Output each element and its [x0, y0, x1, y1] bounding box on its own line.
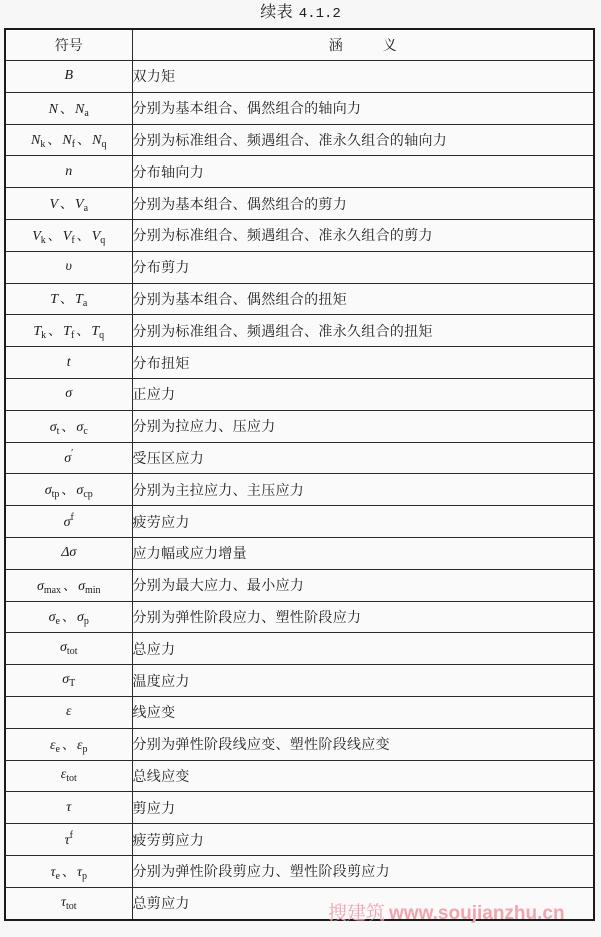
symbol-base: n — [65, 164, 72, 179]
symbol-base: σ — [78, 579, 85, 594]
symbol-subscript: f — [71, 235, 74, 246]
symbol-base: ε — [66, 704, 72, 719]
symbol-base: υ — [66, 259, 72, 274]
meaning-cell: 分别为标准组合、频遇组合、准永久组合的剪力 — [132, 219, 594, 251]
table-row: σtp、σcp分别为主拉应力、主压应力 — [5, 474, 594, 506]
symbol-subscript: max — [44, 585, 61, 596]
symbol-cell: N、Na — [5, 92, 132, 124]
symbol-subscript: e — [56, 616, 60, 627]
symbol-cell: σ — [5, 378, 132, 410]
meaning-cell: 分别为标准组合、频遇组合、准永久组合的轴向力 — [132, 124, 594, 156]
symbol-base: B — [64, 68, 73, 83]
table-row: εe、εp分别为弹性阶段线应变、塑性阶段线应变 — [5, 728, 594, 760]
table-row: Tk、Tf、Tq分别为标准组合、频遇组合、准永久组合的扭矩 — [5, 315, 594, 347]
symbol-cell: τ — [5, 792, 132, 824]
symbol-cell: B — [5, 61, 132, 93]
symbol-cell: T、Ta — [5, 283, 132, 315]
symbol-cell: n — [5, 156, 132, 188]
table-caption: 续表 4.1.2 — [0, 1, 601, 25]
symbol-cell: εe、εp — [5, 728, 132, 760]
meaning-cell: 应力幅或应力增量 — [132, 537, 594, 569]
header-meaning: 涵义 — [132, 29, 594, 61]
symbol-base: σ — [45, 483, 52, 498]
symbol-base: σ — [77, 610, 84, 625]
table-row: εtot总线应变 — [5, 760, 594, 792]
symbol-subscript: c — [83, 426, 87, 437]
symbol-subscript: k — [41, 235, 46, 246]
symbol-subscript: k — [40, 139, 45, 150]
meaning-cell: 疲劳剪应力 — [132, 824, 594, 856]
table-row: σ正应力 — [5, 378, 594, 410]
symbol-superscript: f — [71, 512, 74, 523]
table-row: Vk、Vf、Vq分别为标准组合、频遇组合、准永久组合的剪力 — [5, 219, 594, 251]
symbol-subscript: cp — [83, 489, 92, 500]
symbol-base: σ — [37, 579, 44, 594]
symbol-cell: σtot — [5, 633, 132, 665]
symbol-subscript: f — [71, 330, 74, 341]
table-row: t分布扭矩 — [5, 347, 594, 379]
symbol-cell: Nk、Nf、Nq — [5, 124, 132, 156]
table-header-row: 符号 涵义 — [5, 29, 594, 61]
symbol-separator: 、 — [48, 323, 61, 338]
symbol-separator: 、 — [76, 323, 89, 338]
table-row: Δσ应力幅或应力增量 — [5, 537, 594, 569]
meaning-cell: 线应变 — [132, 696, 594, 728]
symbol-separator: 、 — [77, 228, 90, 243]
meaning-cell: 温度应力 — [132, 665, 594, 697]
symbol-cell: σ′ — [5, 442, 132, 474]
meaning-cell: 分别为标准组合、频遇组合、准永久组合的扭矩 — [132, 315, 594, 347]
meaning-cell: 分别为拉应力、压应力 — [132, 410, 594, 442]
table-body: B双力矩N、Na分别为基本组合、偶然组合的轴向力Nk、Nf、Nq分别为标准组合、… — [5, 61, 594, 920]
symbol-base: σ — [50, 420, 57, 435]
symbol-separator: 、 — [47, 132, 60, 147]
symbol-separator: 、 — [77, 132, 90, 147]
symbol-separator: 、 — [62, 737, 75, 752]
symbol-subscript: a — [83, 298, 87, 309]
table-row: σf疲劳应力 — [5, 506, 594, 538]
symbol-cell: t — [5, 347, 132, 379]
meaning-cell: 分别为最大应力、最小应力 — [132, 569, 594, 601]
symbol-cell: σT — [5, 665, 132, 697]
symbol-base: T — [75, 292, 83, 307]
meaning-cell: 双力矩 — [132, 61, 594, 93]
symbol-separator: 、 — [48, 228, 61, 243]
symbol-subscript: q — [101, 139, 106, 150]
symbol-base: T — [33, 324, 41, 339]
symbol-subscript: k — [41, 330, 46, 341]
symbol-subscript: e — [56, 744, 60, 755]
meaning-cell: 分布轴向力 — [132, 156, 594, 188]
symbol-cell: Tk、Tf、Tq — [5, 315, 132, 347]
symbol-subscript: a — [84, 203, 88, 214]
symbol-subscript: T — [69, 678, 75, 689]
table-row: N、Na分别为基本组合、偶然组合的轴向力 — [5, 92, 594, 124]
meaning-cell: 总线应变 — [132, 760, 594, 792]
symbol-subscript: q — [100, 235, 105, 246]
table-row: σt、σc分别为拉应力、压应力 — [5, 410, 594, 442]
symbol-base: Δσ — [61, 545, 76, 560]
table-row: σT温度应力 — [5, 665, 594, 697]
table-row: τ剪应力 — [5, 792, 594, 824]
symbol-separator: 、 — [61, 419, 74, 434]
symbol-base: N — [49, 102, 58, 117]
table-row: υ分布剪力 — [5, 251, 594, 283]
meaning-cell: 分别为弹性阶段剪应力、塑性阶段剪应力 — [132, 855, 594, 887]
symbol-base: N — [62, 133, 71, 148]
symbol-base: σ — [64, 515, 71, 530]
symbol-cell: εtot — [5, 760, 132, 792]
symbol-separator: 、 — [60, 101, 73, 116]
meaning-cell: 分别为弹性阶段线应变、塑性阶段线应变 — [132, 728, 594, 760]
symbol-subscript: min — [85, 585, 101, 596]
meaning-cell: 正应力 — [132, 378, 594, 410]
symbol-separator: 、 — [62, 609, 75, 624]
symbol-cell: τf — [5, 824, 132, 856]
watermark-url: www.soujianzhu.cn — [389, 903, 565, 924]
meaning-cell: 剪应力 — [132, 792, 594, 824]
symbol-cell: Vk、Vf、Vq — [5, 219, 132, 251]
symbol-base: V — [92, 229, 101, 244]
caption-prefix: 续表 — [260, 2, 293, 21]
symbol-base: σ — [49, 610, 56, 625]
symbol-cell: τtot — [5, 887, 132, 919]
table-row: Nk、Nf、Nq分别为标准组合、频遇组合、准永久组合的轴向力 — [5, 124, 594, 156]
meaning-cell: 受压区应力 — [132, 442, 594, 474]
symbol-subscript: tot — [67, 646, 78, 657]
symbol-base: T — [50, 292, 58, 307]
table-row: n分布轴向力 — [5, 156, 594, 188]
symbol-cell: V、Va — [5, 188, 132, 220]
header-meaning-char1: 涵 — [329, 38, 343, 54]
symbol-subscript: a — [84, 108, 88, 119]
symbol-cell: τe、τp — [5, 855, 132, 887]
header-symbol: 符号 — [5, 29, 132, 61]
table-row: σ′受压区应力 — [5, 442, 594, 474]
symbol-base: V — [75, 197, 84, 212]
watermark-brand: 搜建筑 — [328, 902, 385, 924]
symbol-cell: υ — [5, 251, 132, 283]
symbol-subscript: p — [83, 744, 88, 755]
symbol-separator: 、 — [60, 196, 73, 211]
symbol-base: t — [67, 355, 71, 370]
symbol-table: 符号 涵义 B双力矩N、Na分别为基本组合、偶然组合的轴向力Nk、Nf、Nq分别… — [4, 28, 595, 921]
symbol-superscript: ′ — [71, 448, 73, 459]
symbol-cell: σtp、σcp — [5, 474, 132, 506]
symbol-cell: σt、σc — [5, 410, 132, 442]
symbol-cell: σf — [5, 506, 132, 538]
table-row: ε线应变 — [5, 696, 594, 728]
meaning-cell: 总应力 — [132, 633, 594, 665]
meaning-cell: 分别为弹性阶段应力、塑性阶段应力 — [132, 601, 594, 633]
table-row: V、Va分别为基本组合、偶然组合的剪力 — [5, 188, 594, 220]
meaning-cell: 分别为基本组合、偶然组合的轴向力 — [132, 92, 594, 124]
symbol-separator: 、 — [63, 578, 76, 593]
symbol-base: T — [63, 324, 71, 339]
symbol-subscript: p — [84, 616, 89, 627]
table-row: T、Ta分别为基本组合、偶然组合的扭矩 — [5, 283, 594, 315]
symbol-cell: σe、σp — [5, 601, 132, 633]
meaning-cell: 疲劳应力 — [132, 506, 594, 538]
symbol-subscript: q — [99, 330, 104, 341]
table-row: τe、τp分别为弹性阶段剪应力、塑性阶段剪应力 — [5, 855, 594, 887]
symbol-base: N — [75, 102, 84, 117]
symbol-separator: 、 — [62, 864, 75, 879]
symbol-subscript: tot — [66, 773, 77, 784]
symbol-separator: 、 — [61, 482, 74, 497]
symbol-base: T — [91, 324, 99, 339]
table-row: σmax、σmin分别为最大应力、最小应力 — [5, 569, 594, 601]
meaning-cell: 分布剪力 — [132, 251, 594, 283]
meaning-cell: 分别为基本组合、偶然组合的扭矩 — [132, 283, 594, 315]
symbol-separator: 、 — [60, 291, 73, 306]
symbol-base: σ — [65, 386, 72, 401]
symbol-cell: ε — [5, 696, 132, 728]
symbol-subscript: tp — [52, 489, 60, 500]
meaning-cell: 分布扭矩 — [132, 347, 594, 379]
symbol-subscript: p — [82, 871, 87, 882]
watermark: 搜建筑www.soujianzhu.cn — [328, 901, 565, 926]
symbol-cell: σmax、σmin — [5, 569, 132, 601]
symbol-base: V — [32, 229, 41, 244]
table-row: B双力矩 — [5, 61, 594, 93]
caption-number: 4.1.2 — [299, 6, 341, 22]
symbol-base: σ — [60, 640, 67, 655]
table-row: σe、σp分别为弹性阶段应力、塑性阶段应力 — [5, 601, 594, 633]
symbol-base: V — [49, 197, 58, 212]
header-meaning-char2: 义 — [383, 38, 397, 54]
meaning-cell: 分别为主拉应力、主压应力 — [132, 474, 594, 506]
symbol-subscript: tot — [66, 901, 77, 912]
symbol-superscript: f — [70, 830, 73, 841]
symbol-cell: Δσ — [5, 537, 132, 569]
symbol-subscript: f — [72, 139, 75, 150]
symbol-subscript: e — [56, 871, 60, 882]
table-row: σtot总应力 — [5, 633, 594, 665]
symbol-base: N — [31, 133, 40, 148]
meaning-cell: 分别为基本组合、偶然组合的剪力 — [132, 188, 594, 220]
symbol-subscript: t — [57, 426, 60, 437]
table-row: τf疲劳剪应力 — [5, 824, 594, 856]
symbol-base: τ — [66, 800, 71, 815]
